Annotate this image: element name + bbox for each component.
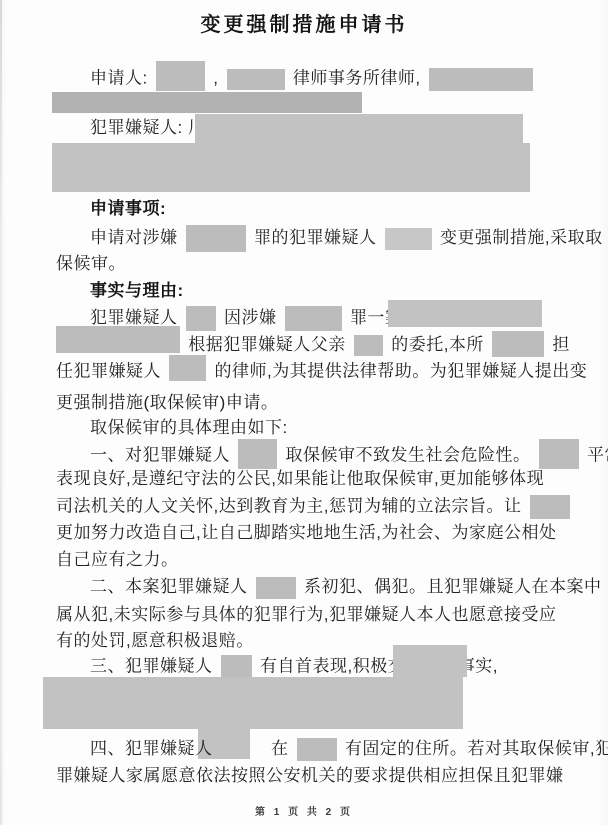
- reason-text: 司法机关的人文关怀,达到教育为主,惩罚为辅的立法宗旨。让: [56, 496, 521, 515]
- document-title: 变更强制措施申请书: [0, 8, 608, 37]
- reason-text: 四、犯罪嫌疑人: [90, 739, 213, 758]
- line-reason3-1: 三、犯罪嫌疑人 有自首表现,积极交代犯罪事实,: [56, 655, 586, 679]
- line-reason1-4: 更加努力改造自己,让自己脚踏实地地生活,为社会、为家庭公相处: [56, 522, 552, 543]
- line-reason1-3: 司法机关的人文关怀,达到教育为主,惩罚为辅的立法宗旨。让: [56, 495, 552, 519]
- line-facts-3: 任犯罪嫌疑人 的律师,为其提供法律帮助。为犯罪嫌疑人提出变: [56, 359, 552, 385]
- matter-text: 保候审。: [56, 254, 126, 273]
- redaction-block: [43, 677, 463, 729]
- line-reasons-heading: 取保候审的具体理由如下:: [56, 417, 586, 438]
- line-reason2-2: 属从犯,未实际参与具体的犯罪行为,犯罪嫌疑人本人也愿意接受应: [56, 604, 552, 625]
- page-number-footer: 第 1 页 共 2 页: [0, 803, 608, 818]
- redaction-bar: [238, 439, 277, 469]
- redaction-bar: [156, 61, 205, 91]
- line-reason4-1: 四、犯罪嫌疑人 在 有固定的住所。若对其取保候审,犯: [56, 738, 586, 761]
- matter-heading: 申请事项:: [90, 199, 166, 218]
- line-reason4-2: 罪嫌疑人家属愿意依法按照公安机关的要求提供相应担保且犯罪嫌: [56, 765, 552, 786]
- reason-text: 自己应有之力。: [56, 550, 179, 569]
- redaction-bar: [297, 738, 337, 761]
- redaction-bar: [539, 439, 579, 469]
- reason-text: 更加努力改造自己,让自己脚踏实地地生活,为社会、为家庭公相处: [56, 523, 556, 542]
- line-matter-2: 保候审。: [56, 253, 552, 274]
- line-facts-2: 根据犯罪嫌疑人父亲 的委托,本所 担: [56, 332, 552, 359]
- facts-text: 任犯罪嫌疑人: [56, 361, 161, 380]
- redaction-block: [195, 114, 523, 143]
- redaction-bar: [256, 577, 296, 599]
- redaction-bar: [169, 355, 206, 381]
- line-matter-1: 申请对涉嫌 罪的犯罪嫌疑人 变更强制措施,采取取: [56, 225, 586, 252]
- reason-text: 在: [271, 739, 289, 758]
- applicant-comma: ,: [213, 68, 218, 87]
- line-reason2-1: 二、本案犯罪嫌疑人 系初犯、偶犯。且犯罪嫌疑人在本案中: [56, 576, 586, 599]
- redaction-bar: [354, 335, 383, 356]
- reason-text: 平常: [587, 445, 608, 464]
- facts-text: 因涉嫌: [224, 308, 277, 327]
- matter-text: 罪的犯罪嫌疑人: [254, 228, 377, 247]
- facts-heading: 事实与理由:: [90, 281, 184, 300]
- reason-text: 表现良好,是遵纪守法的公民,如果能让他取保候审,更加能够体现: [56, 469, 544, 488]
- document-page: 变更强制措施申请书 申请人: , 律师事务所律师, 犯罪嫌疑人: 川 申请事项:…: [0, 0, 608, 825]
- facts-text: 更强制措施(取保候审)申请。: [56, 393, 278, 412]
- reasons-heading: 取保候审的具体理由如下:: [90, 418, 288, 437]
- reason-text: 取保候审不致发生社会危险性。: [285, 445, 530, 464]
- facts-text: 担: [552, 335, 570, 354]
- line-facts-4: 更强制措施(取保候审)申请。: [56, 392, 552, 413]
- reason-text: 有的处罚,愿意积极退赔。: [56, 631, 254, 650]
- redaction-bar: [385, 228, 432, 250]
- line-facts-heading: 事实与理由:: [56, 280, 586, 301]
- line-reason1-2: 表现良好,是遵纪守法的公民,如果能让他取保候审,更加能够体现: [56, 468, 552, 489]
- line-reason1-1: 一、对犯罪嫌疑人 取保候审不致发生社会危险性。 平常: [56, 441, 586, 471]
- redaction-bar: [56, 326, 180, 353]
- redaction-block: [388, 300, 542, 327]
- redaction-bar: [429, 68, 533, 91]
- reason-text: 二、本案犯罪嫌疑人: [90, 577, 248, 596]
- redaction-block: [52, 143, 530, 192]
- matter-text: 申请对涉嫌: [90, 228, 178, 247]
- line-reason2-3: 有的处罚,愿意积极退赔。: [56, 630, 552, 651]
- redaction-bar: [227, 69, 285, 90]
- reason-text: 三、犯罪嫌疑人: [90, 656, 213, 675]
- redaction-bar: [186, 306, 216, 331]
- reason-text: 系初犯、偶犯。且犯罪嫌疑人在本案中: [304, 577, 602, 596]
- redaction-bar: [530, 495, 570, 519]
- redaction-bar: [221, 655, 252, 679]
- suspect-label: 犯罪嫌疑人:: [90, 118, 183, 137]
- page-edge-shadow: [0, 0, 2, 825]
- applicant-label: 申请人:: [90, 68, 148, 87]
- reason-text: 罪嫌疑人家属愿意依法按照公安机关的要求提供相应担保且犯罪嫌: [56, 766, 564, 785]
- line-reason1-5: 自己应有之力。: [56, 549, 552, 570]
- reason-text: 有固定的住所。若对其取保候审,犯: [345, 739, 608, 758]
- facts-text: 的律师,为其提供法律帮助。为犯罪嫌疑人提出变: [214, 361, 587, 380]
- redaction-bar: [285, 306, 342, 331]
- facts-text: 犯罪嫌疑人: [90, 308, 178, 327]
- matter-text: 变更强制措施,采取取: [440, 228, 603, 247]
- reason-text: 属从犯,未实际参与具体的犯罪行为,犯罪嫌疑人本人也愿意接受应: [56, 605, 556, 624]
- facts-text: 的委托,本所: [391, 335, 484, 354]
- facts-text: 根据犯罪嫌疑人父亲: [188, 335, 346, 354]
- line-applicant: 申请人: , 律师事务所律师,: [56, 64, 586, 94]
- reason-text: 一、对犯罪嫌疑人: [90, 445, 230, 464]
- redaction-bar: [186, 225, 246, 252]
- applicant-firm: 律师事务所律师,: [293, 68, 421, 87]
- redaction-bar: [492, 331, 544, 357]
- redaction-overlap-spacer: [218, 745, 266, 755]
- redaction-block: [393, 645, 467, 677]
- redaction-block: [52, 92, 362, 113]
- line-matter-heading: 申请事项:: [56, 198, 586, 219]
